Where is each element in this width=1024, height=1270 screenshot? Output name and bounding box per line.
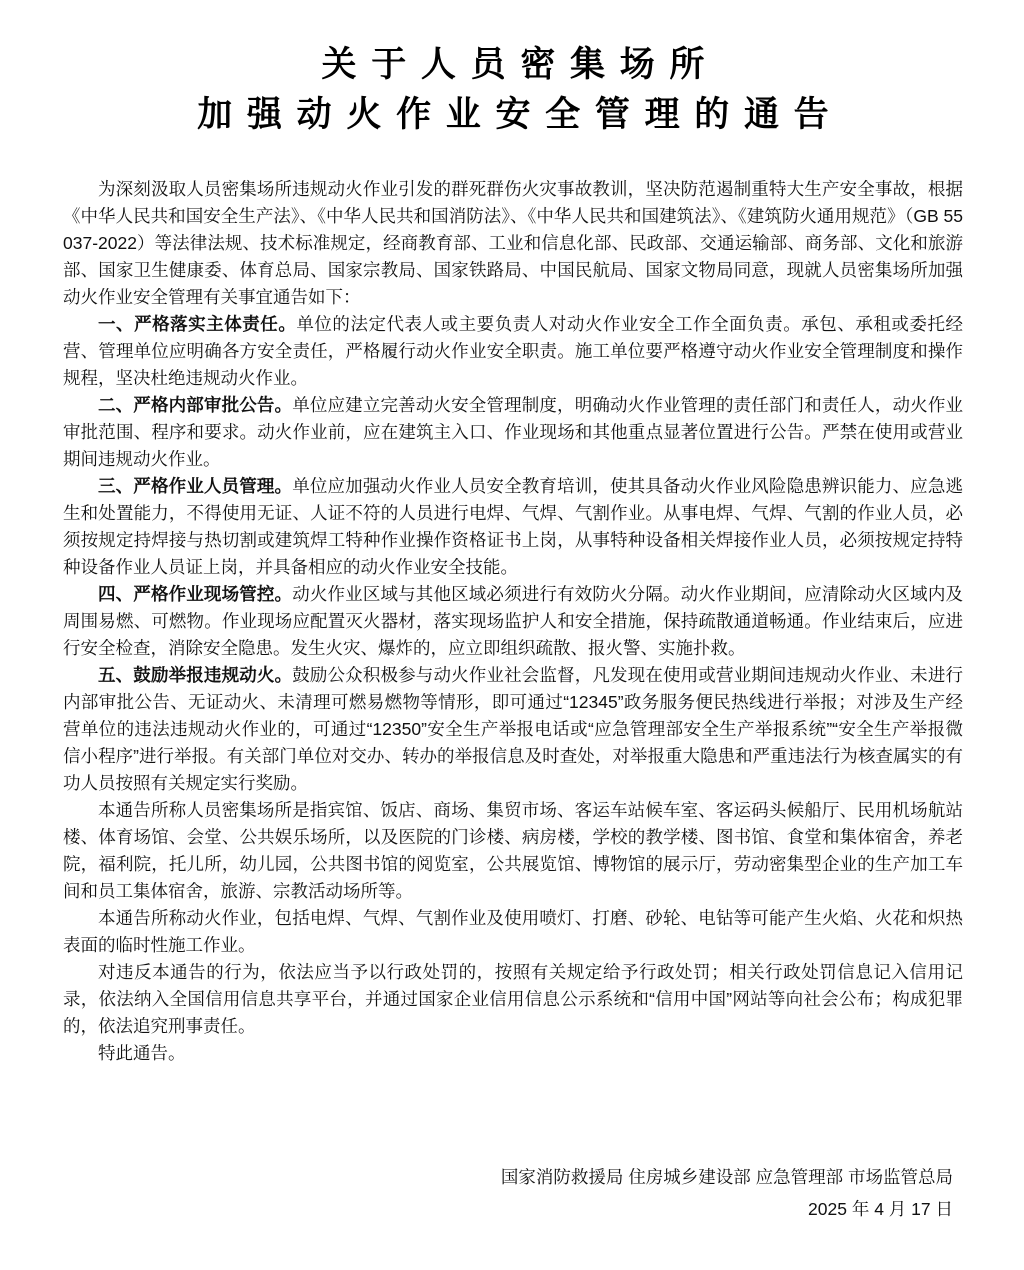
paragraph-item-1: 一、严格落实主体责任。单位的法定代表人或主要负责人对动火作业安全工作全面负责。承… — [63, 311, 963, 392]
paragraph-closing: 特此通告。 — [63, 1040, 963, 1067]
paragraph-text: 本通告所称动火作业，包括电焊、气焊、气割作业及使用喷灯、打磨、砂轮、电钻等可能产… — [63, 908, 963, 955]
paragraph-intro: 为深刻汲取人员密集场所违规动火作业引发的群死群伤火灾事故教训，坚决防范遏制重特大… — [63, 176, 963, 311]
issuing-agencies: 国家消防救援局 住房城乡建设部 应急管理部 市场监管总局 — [63, 1161, 953, 1193]
paragraph-item-3: 三、严格作业人员管理。单位应加强动火作业人员安全教育培训，使其具备动火作业风险隐… — [63, 473, 963, 581]
paragraph-item-5: 五、鼓励举报违规动火。鼓励公众积极参与动火作业社会监督，凡发现在使用或营业期间违… — [63, 662, 963, 797]
signature-block: 国家消防救援局 住房城乡建设部 应急管理部 市场监管总局 2025 年 4 月 … — [63, 1161, 963, 1225]
paragraph-lead: 五、鼓励举报违规动火。 — [98, 665, 292, 685]
paragraph-text: 对违反本通告的行为，依法应当予以行政处罚的，按照有关规定给予行政处罚；相关行政处… — [63, 962, 963, 1036]
paragraph-text: 为深刻汲取人员密集场所违规动火作业引发的群死群伤火灾事故教训，坚决防范遏制重特大… — [63, 179, 963, 307]
paragraph-item-2: 二、严格内部审批公告。单位应建立完善动火安全管理制度，明确动火作业管理的责任部门… — [63, 392, 963, 473]
paragraph-lead: 四、严格作业现场管控。 — [98, 584, 292, 604]
title-line-2: 加强动火作业安全管理的通告 — [63, 90, 963, 140]
paragraph-text: 本通告所称人员密集场所是指宾馆、饭店、商场、集贸市场、客运车站候车室、客运码头候… — [63, 800, 963, 901]
document-body: 为深刻汲取人员密集场所违规动火作业引发的群死群伤火灾事故教训，坚决防范遏制重特大… — [63, 176, 963, 1067]
issue-date: 2025 年 4 月 17 日 — [63, 1193, 953, 1225]
paragraph-text: 特此通告。 — [98, 1043, 186, 1063]
paragraph-definition-hotwork: 本通告所称动火作业，包括电焊、气焊、气割作业及使用喷灯、打磨、砂轮、电钻等可能产… — [63, 905, 963, 959]
paragraph-definition-places: 本通告所称人员密集场所是指宾馆、饭店、商场、集贸市场、客运车站候车室、客运码头候… — [63, 797, 963, 905]
paragraph-lead: 一、严格落实主体责任。 — [98, 314, 296, 334]
paragraph-lead: 三、严格作业人员管理。 — [98, 476, 292, 496]
paragraph-item-4: 四、严格作业现场管控。动火作业区域与其他区域必须进行有效防火分隔。动火作业期间，… — [63, 581, 963, 662]
title-line-1: 关于人员密集场所 — [63, 40, 963, 90]
document-title: 关于人员密集场所 加强动火作业安全管理的通告 — [63, 40, 963, 140]
paragraph-lead: 二、严格内部审批公告。 — [98, 395, 292, 415]
notice-document: 关于人员密集场所 加强动火作业安全管理的通告 为深刻汲取人员密集场所违规动火作业… — [0, 0, 1024, 1270]
paragraph-penalty: 对违反本通告的行为，依法应当予以行政处罚的，按照有关规定给予行政处罚；相关行政处… — [63, 959, 963, 1040]
